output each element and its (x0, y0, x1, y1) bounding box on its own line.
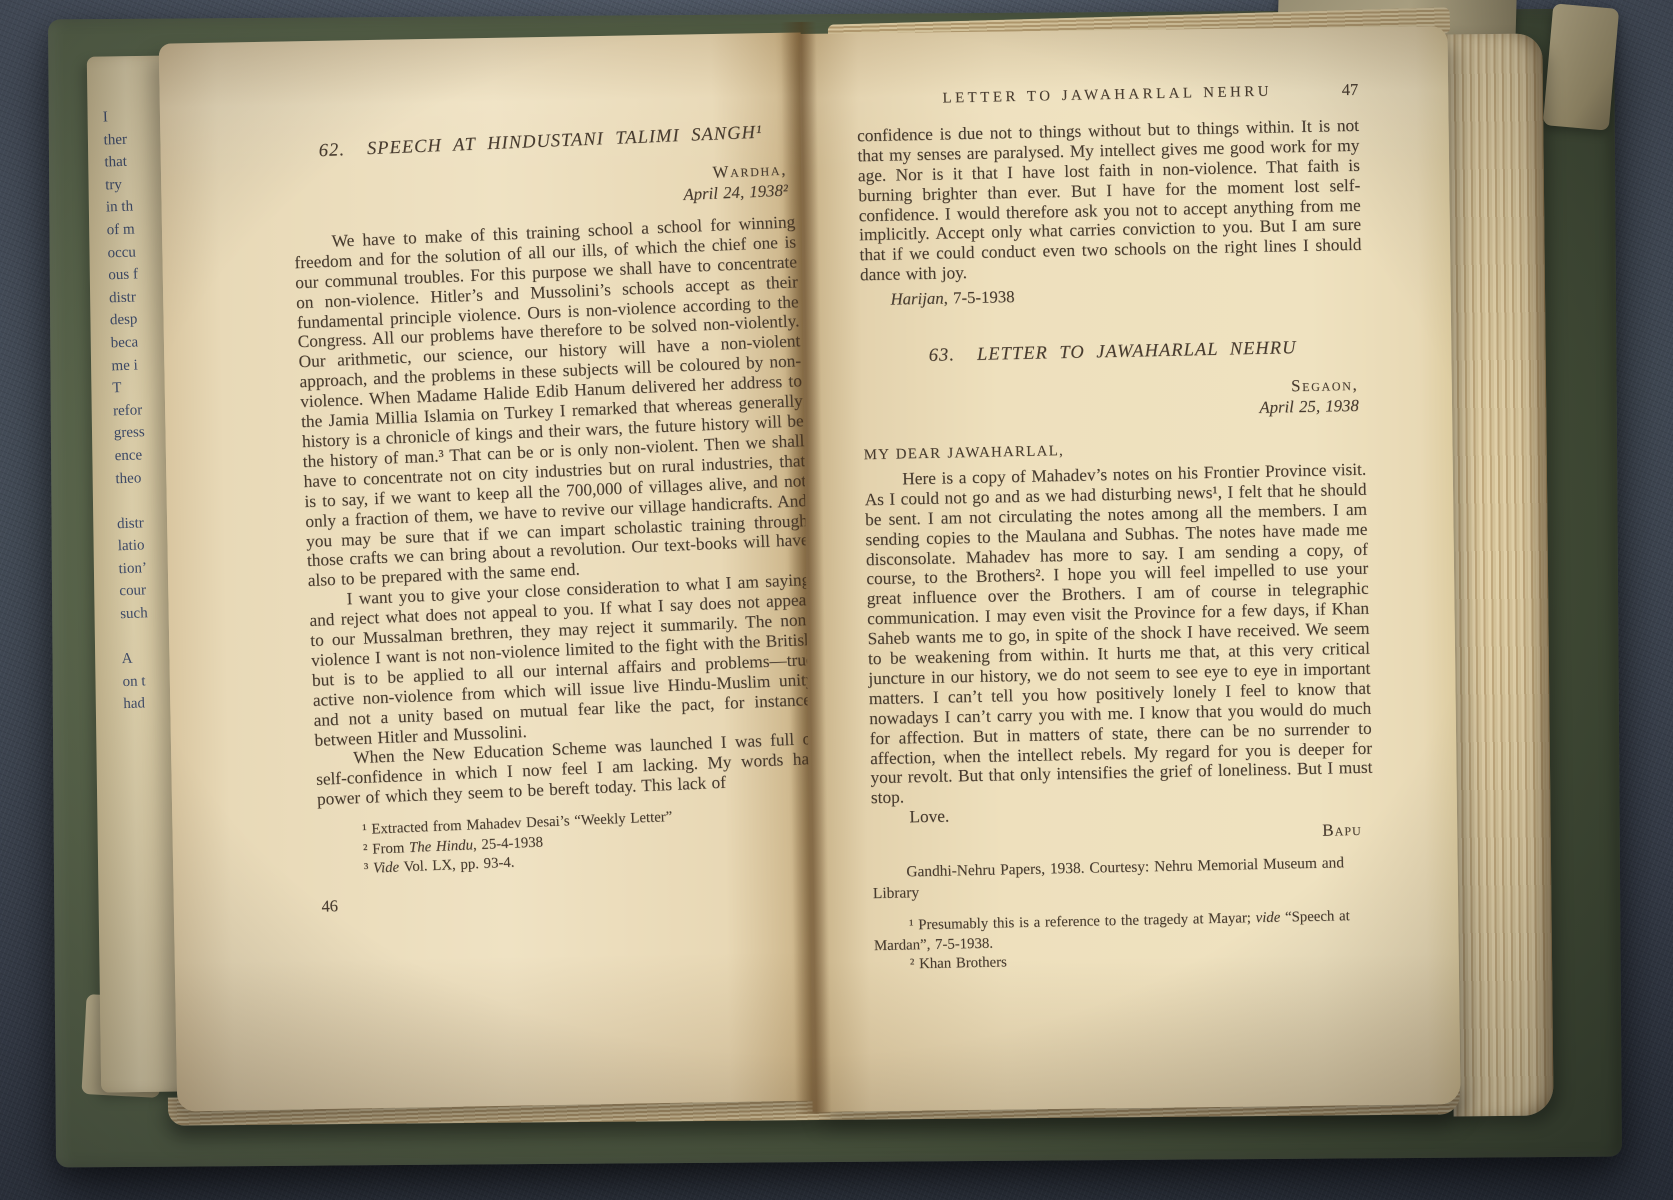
right-page-content: LETTER TO JAWAHARLAL NEHRU 47 confidence… (856, 81, 1376, 976)
page-number-47: 47 (1342, 80, 1359, 100)
source-attribution: Gandhi-Nehru Papers, 1938. Courtesy: Neh… (872, 853, 1375, 905)
left-footnotes: ¹ Extracted from Mahadev Desai’s “Weekly… (318, 802, 822, 882)
letter-body-paragraph: Here is a copy of Mahadev’s notes on his… (864, 460, 1373, 809)
left-paragraph-2: I want you to give your close considerat… (308, 570, 816, 750)
page-stack-fore-edge (1442, 34, 1553, 1117)
right-page: LETTER TO JAWAHARLAL NEHRU 47 confidence… (799, 26, 1460, 1112)
right-footnotes: ¹ Presumably this is a reference to the … (873, 907, 1376, 976)
dust-jacket-corner-right (1543, 3, 1619, 130)
chapter-62-title: SPEECH AT HINDUSTANI TALIMI SANGH¹ (367, 123, 763, 160)
chapter-62-number: 62. (318, 140, 345, 161)
page-number-46: 46 (321, 876, 823, 917)
right-continuation-paragraph: confidence is due not to things without … (857, 116, 1362, 286)
chapter-62-heading: 62.SPEECH AT HINDUSTANI TALIMI SANGH¹ (289, 122, 791, 163)
running-head-title: LETTER TO JAWAHARLAL NEHRU (942, 84, 1272, 107)
chapter-63-number: 63. (929, 345, 956, 366)
photo-of-open-book: Itherthattryin thof moccuous fdistrdespb… (0, 0, 1673, 1200)
left-page: 62.SPEECH AT HINDUSTANI TALIMI SANGH¹ Wa… (159, 32, 820, 1111)
left-place-date-block: Wardha, April 24, 1938² (291, 159, 788, 222)
right-place-date-block: Segaon, April 25, 1938 (862, 374, 1359, 426)
left-page-content: 62.SPEECH AT HINDUSTANI TALIMI SANGH¹ Wa… (289, 122, 823, 916)
running-head: LETTER TO JAWAHARLAL NEHRU 47 (856, 81, 1358, 111)
left-paragraph-1: We have to make of this training school … (293, 212, 810, 591)
